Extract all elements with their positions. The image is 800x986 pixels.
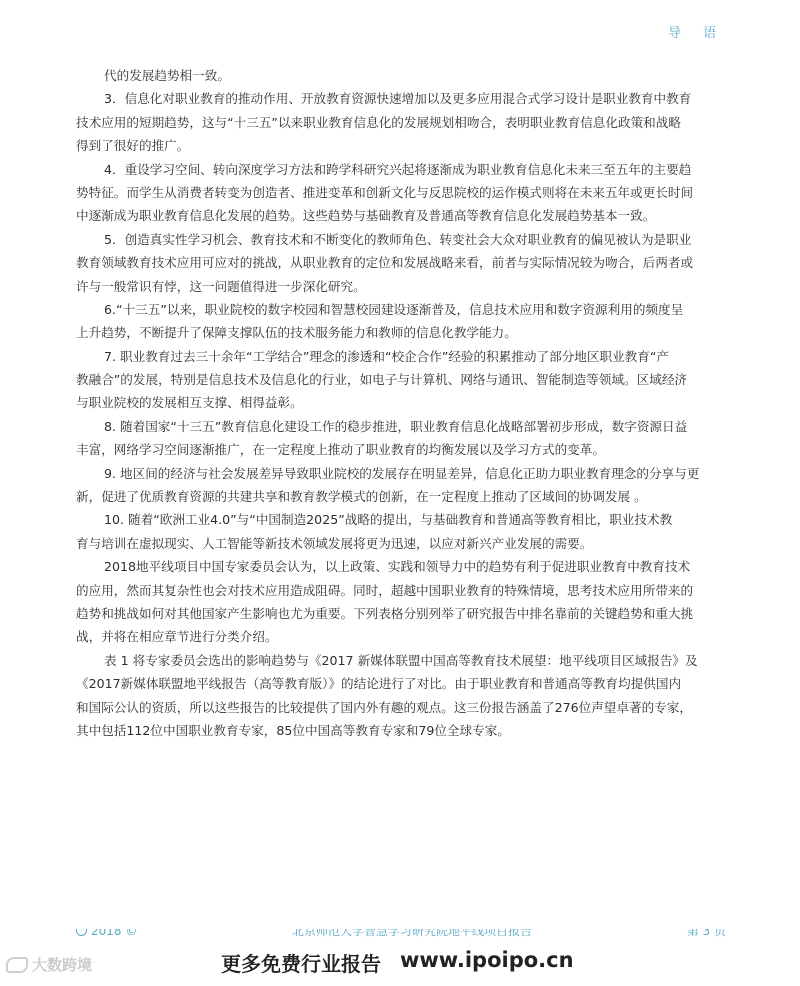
document-body: 代的发展趋势相一致。3．信息化对职业教育的推动作用、开放教育资源快速增加以及更多…	[76, 64, 736, 742]
paragraph: 5．创造真实性学习机会、教育技术和不断变化的教师角色、转变社会大众对职业教育的偏…	[76, 228, 736, 298]
paragraph: 代的发展趋势相一致。	[76, 64, 736, 87]
paragraph-line: 的应用，然而其复杂性也会对技术应用造成阻碍。同时，超越中国职业教育的特殊情境，思…	[76, 579, 736, 602]
copyright-icon	[76, 929, 87, 936]
paragraph-line: 4．重设学习空间、转向深度学习方法和跨学科研究兴起将逐渐成为职业教育信息化未来三…	[76, 158, 736, 181]
paragraph: 2018地平线项目中国专家委员会认为，以上政策、实践和领导力中的趋势有利于促进职…	[76, 555, 736, 649]
promo-url-link[interactable]: www.ipoipo.cn	[400, 948, 574, 972]
paragraph-line: 代的发展趋势相一致。	[76, 64, 736, 87]
paragraph-line: 丰富，网络学习空间逐渐推广，在一定程度上推动了职业教育的均衡发展以及学习方式的变…	[76, 438, 736, 461]
paragraph-line: 2018地平线项目中国专家委员会认为，以上政策、实践和领导力中的趋势有利于促进职…	[76, 555, 736, 578]
paragraph-line: 3．信息化对职业教育的推动作用、开放教育资源快速增加以及更多应用混合式学习设计是…	[76, 87, 736, 110]
promo-banner: 大数跨境 更多免费行业报告 www.ipoipo.cn	[0, 948, 800, 978]
paragraph: 表 1 将专家委员会选出的影响趋势与《2017 新媒体联盟中国高等教育技术展望：…	[76, 649, 736, 743]
footer-copyright-text: 2018 ©	[91, 929, 137, 937]
paragraph-line: 技术应用的短期趋势，这与“十三五”以来职业教育信息化的发展规划相吻合，表明职业教…	[76, 111, 736, 134]
paragraph: 4．重设学习空间、转向深度学习方法和跨学科研究兴起将逐渐成为职业教育信息化未来三…	[76, 158, 736, 228]
paragraph-line: 中逐渐成为职业教育信息化发展的趋势。这些趋势与基础教育及普通高等教育信息化发展趋…	[76, 204, 736, 227]
paragraph: 10. 随着“欧洲工业4.0”与“中国制造2025”战略的提出，与基础教育和普通…	[76, 508, 736, 555]
paragraph-line: 和国际公认的资质，所以这些报告的比较提供了国内外有趣的观点。这三份报告涵盖了27…	[76, 696, 736, 719]
footer-copyright: 2018 ©	[76, 929, 137, 937]
paragraph-line: 趋势和挑战如何对其他国家产生影响也尤为重要。下列表格分别列举了研究报告中排名靠前…	[76, 602, 736, 625]
paragraph-line: 上升趋势，不断提升了保障支撑队伍的技术服务能力和教师的信息化教学能力。	[76, 321, 736, 344]
paragraph: 6.“十三五”以来，职业院校的数字校园和智慧校园建设逐渐普及，信息技术应用和数字…	[76, 298, 736, 345]
paragraph-line: 6.“十三五”以来，职业院校的数字校园和智慧校园建设逐渐普及，信息技术应用和数字…	[76, 298, 736, 321]
paragraph-line: 表 1 将专家委员会选出的影响趋势与《2017 新媒体联盟中国高等教育技术展望：…	[76, 649, 736, 672]
footer-report-title: 北京师范大学智慧学习研究院地平线项目报告	[292, 929, 532, 937]
watermark-logo-icon	[6, 957, 28, 973]
paragraph-line: 10. 随着“欧洲工业4.0”与“中国制造2025”战略的提出，与基础教育和普通…	[76, 508, 736, 531]
paragraph-line: 其中包括112位中国职业教育专家，85位中国高等教育专家和79位全球专家。	[76, 719, 736, 742]
paragraph-line: 战，并将在相应章节进行分类介绍。	[76, 625, 736, 648]
paragraph-line: 育与培训在虚拟现实、人工智能等新技术领域发展将更为迅速，以应对新兴产业发展的需要…	[76, 532, 736, 555]
paragraph-line: 5．创造真实性学习机会、教育技术和不断变化的教师角色、转变社会大众对职业教育的偏…	[76, 228, 736, 251]
paragraph-line: 教育领域教育技术应用可应对的挑战，从职业教育的定位和发展战略来看，前者与实际情况…	[76, 251, 736, 274]
paragraph-line: 势特征。而学生从消费者转变为创造者、推进变革和创新文化与反思院校的运作模式则将在…	[76, 181, 736, 204]
paragraph-line: 新，促进了优质教育资源的共建共享和教育教学模式的创新，在一定程度上推动了区域间的…	[76, 485, 736, 508]
paragraph-line: 8. 随着国家“十三五”教育信息化建设工作的稳步推进，职业教育信息化战略部署初步…	[76, 415, 736, 438]
paragraph-line: 7. 职业教育过去三十余年“工学结合”理念的渗透和“校企合作”经验的积累推动了部…	[76, 345, 736, 368]
promo-text: 更多免费行业报告	[221, 948, 381, 977]
watermark: 大数跨境	[6, 954, 92, 975]
paragraph-line: 教融合”的发展，特别是信息技术及信息化的行业，如电子与计算机、网络与通讯、智能制…	[76, 368, 736, 391]
paragraph: 3．信息化对职业教育的推动作用、开放教育资源快速增加以及更多应用混合式学习设计是…	[76, 87, 736, 157]
paragraph-line: 得到了很好的推广。	[76, 134, 736, 157]
footer-page-number: 第 3 页	[687, 929, 726, 937]
paragraph-line: 《2017新媒体联盟地平线报告（高等教育版）》的结论进行了对比。由于职业教育和普…	[76, 672, 736, 695]
paragraph: 9. 地区间的经济与社会发展差异导致职业院校的发展存在明显差异，信息化正助力职业…	[76, 462, 736, 509]
paragraph: 8. 随着国家“十三五”教育信息化建设工作的稳步推进，职业教育信息化战略部署初步…	[76, 415, 736, 462]
watermark-text: 大数跨境	[32, 954, 92, 975]
paragraph-line: 9. 地区间的经济与社会发展差异导致职业院校的发展存在明显差异，信息化正助力职业…	[76, 462, 736, 485]
section-header-label: 导 语	[668, 22, 725, 41]
paragraph-line: 许与一般常识有悖，这一问题值得进一步深化研究。	[76, 275, 736, 298]
paragraph: 7. 职业教育过去三十余年“工学结合”理念的渗透和“校企合作”经验的积累推动了部…	[76, 345, 736, 415]
page-footer: 2018 © 北京师范大学智慧学习研究院地平线项目报告 第 3 页	[76, 929, 726, 937]
paragraph-line: 与职业院校的发展相互支撑、相得益彰。	[76, 391, 736, 414]
